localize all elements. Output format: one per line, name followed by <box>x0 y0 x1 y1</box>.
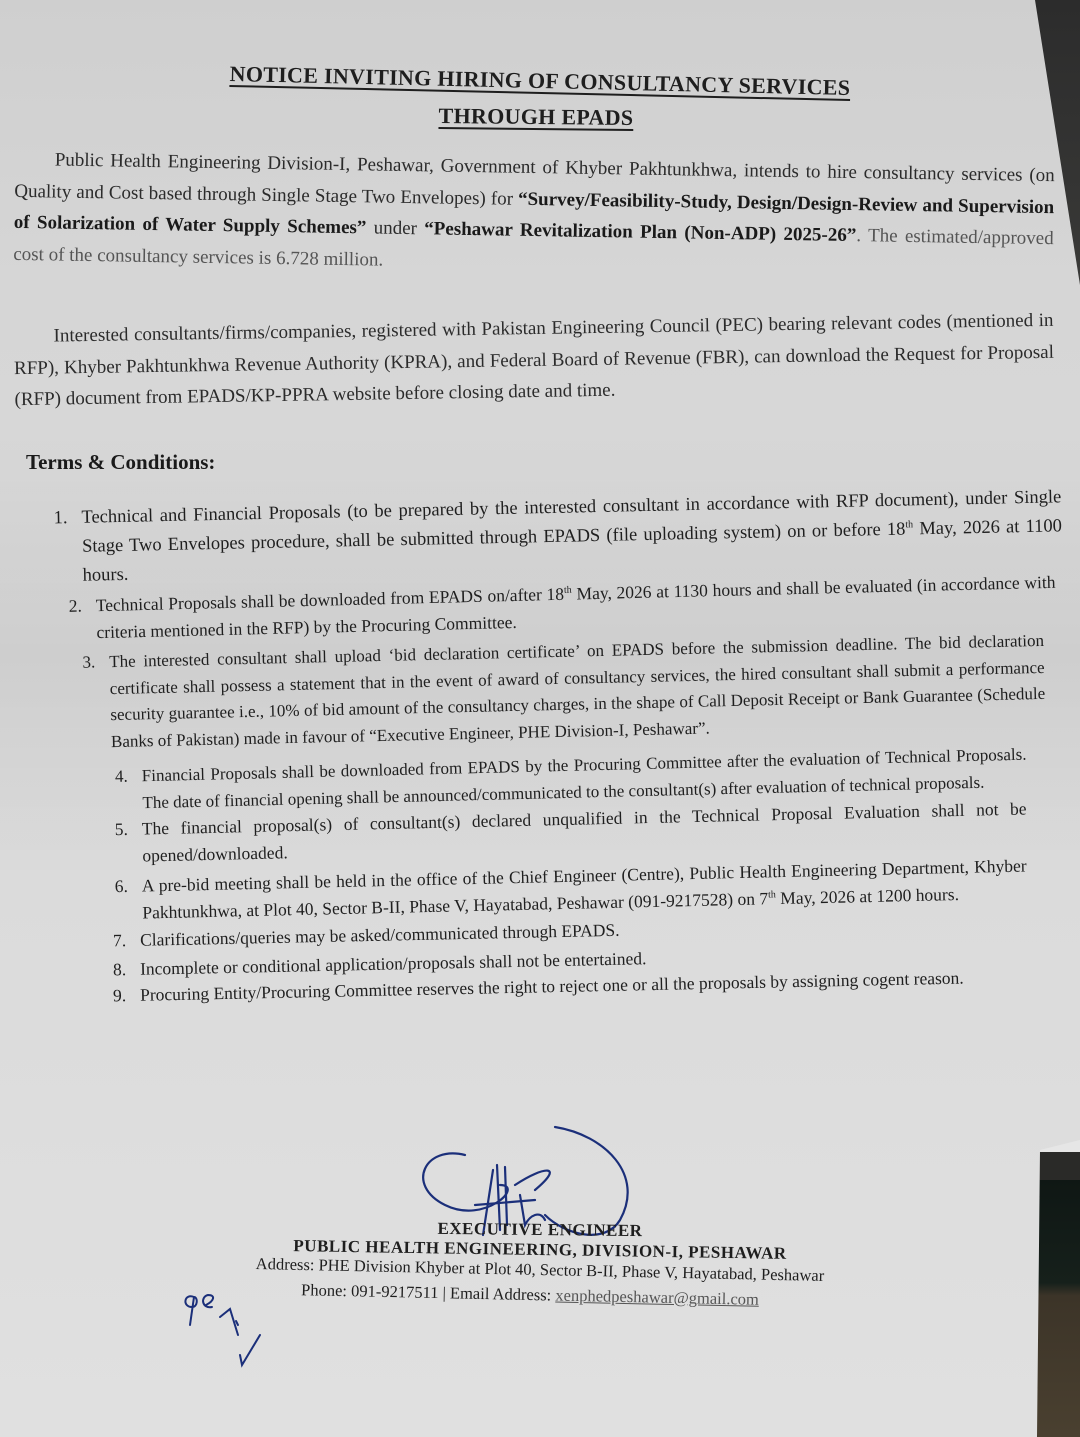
term-text: The interested consultant shall upload ‘… <box>109 631 1045 751</box>
handwritten-note <box>180 1285 290 1375</box>
photo-backdrop-bottom <box>1034 1180 1080 1437</box>
term-number: 4. <box>97 764 128 791</box>
notice-title-line1: NOTICE INVITING HIRING OF CONSULTANCY SE… <box>0 56 1080 106</box>
term-item: 3.The interested consultant shall upload… <box>65 628 1046 756</box>
email-link[interactable]: xenphedpeshawar@gmail.com <box>555 1286 759 1309</box>
term-number: 7. <box>96 927 127 954</box>
phone-email-label: Phone: 091-9217511 | Email Address: <box>301 1280 556 1304</box>
term-number: 6. <box>98 873 129 900</box>
term-text-post: May, 2026 at 1200 hours. <box>776 884 960 908</box>
term-text: Clarifications/queries may be asked/comm… <box>140 920 620 950</box>
intro-text-2: under <box>366 217 424 239</box>
term-number: 1. <box>37 504 68 534</box>
term-number: 3. <box>65 649 96 676</box>
terms-list: 1.Technical and Financial Proposals (to … <box>38 494 1068 1000</box>
term-number: 8. <box>96 956 127 983</box>
term-number: 9. <box>96 982 127 1009</box>
eligibility-text: Interested consultants/firms/companies, … <box>14 310 1054 410</box>
term-number: 2. <box>51 593 82 621</box>
notice-paper: NOTICE INVITING HIRING OF CONSULTANCY SE… <box>0 0 1080 1437</box>
eligibility-paragraph: Interested consultants/firms/companies, … <box>13 305 1054 416</box>
intro-plan-name: “Peshawar Revitalization Plan (Non-ADP) … <box>424 218 856 246</box>
intro-paragraph: Public Health Engineering Division-I, Pe… <box>13 144 1055 286</box>
notice-title-line2: THROUGH EPADS <box>0 98 1076 135</box>
terms-heading: Terms & Conditions: <box>26 450 215 475</box>
term-number: 5. <box>98 816 129 843</box>
